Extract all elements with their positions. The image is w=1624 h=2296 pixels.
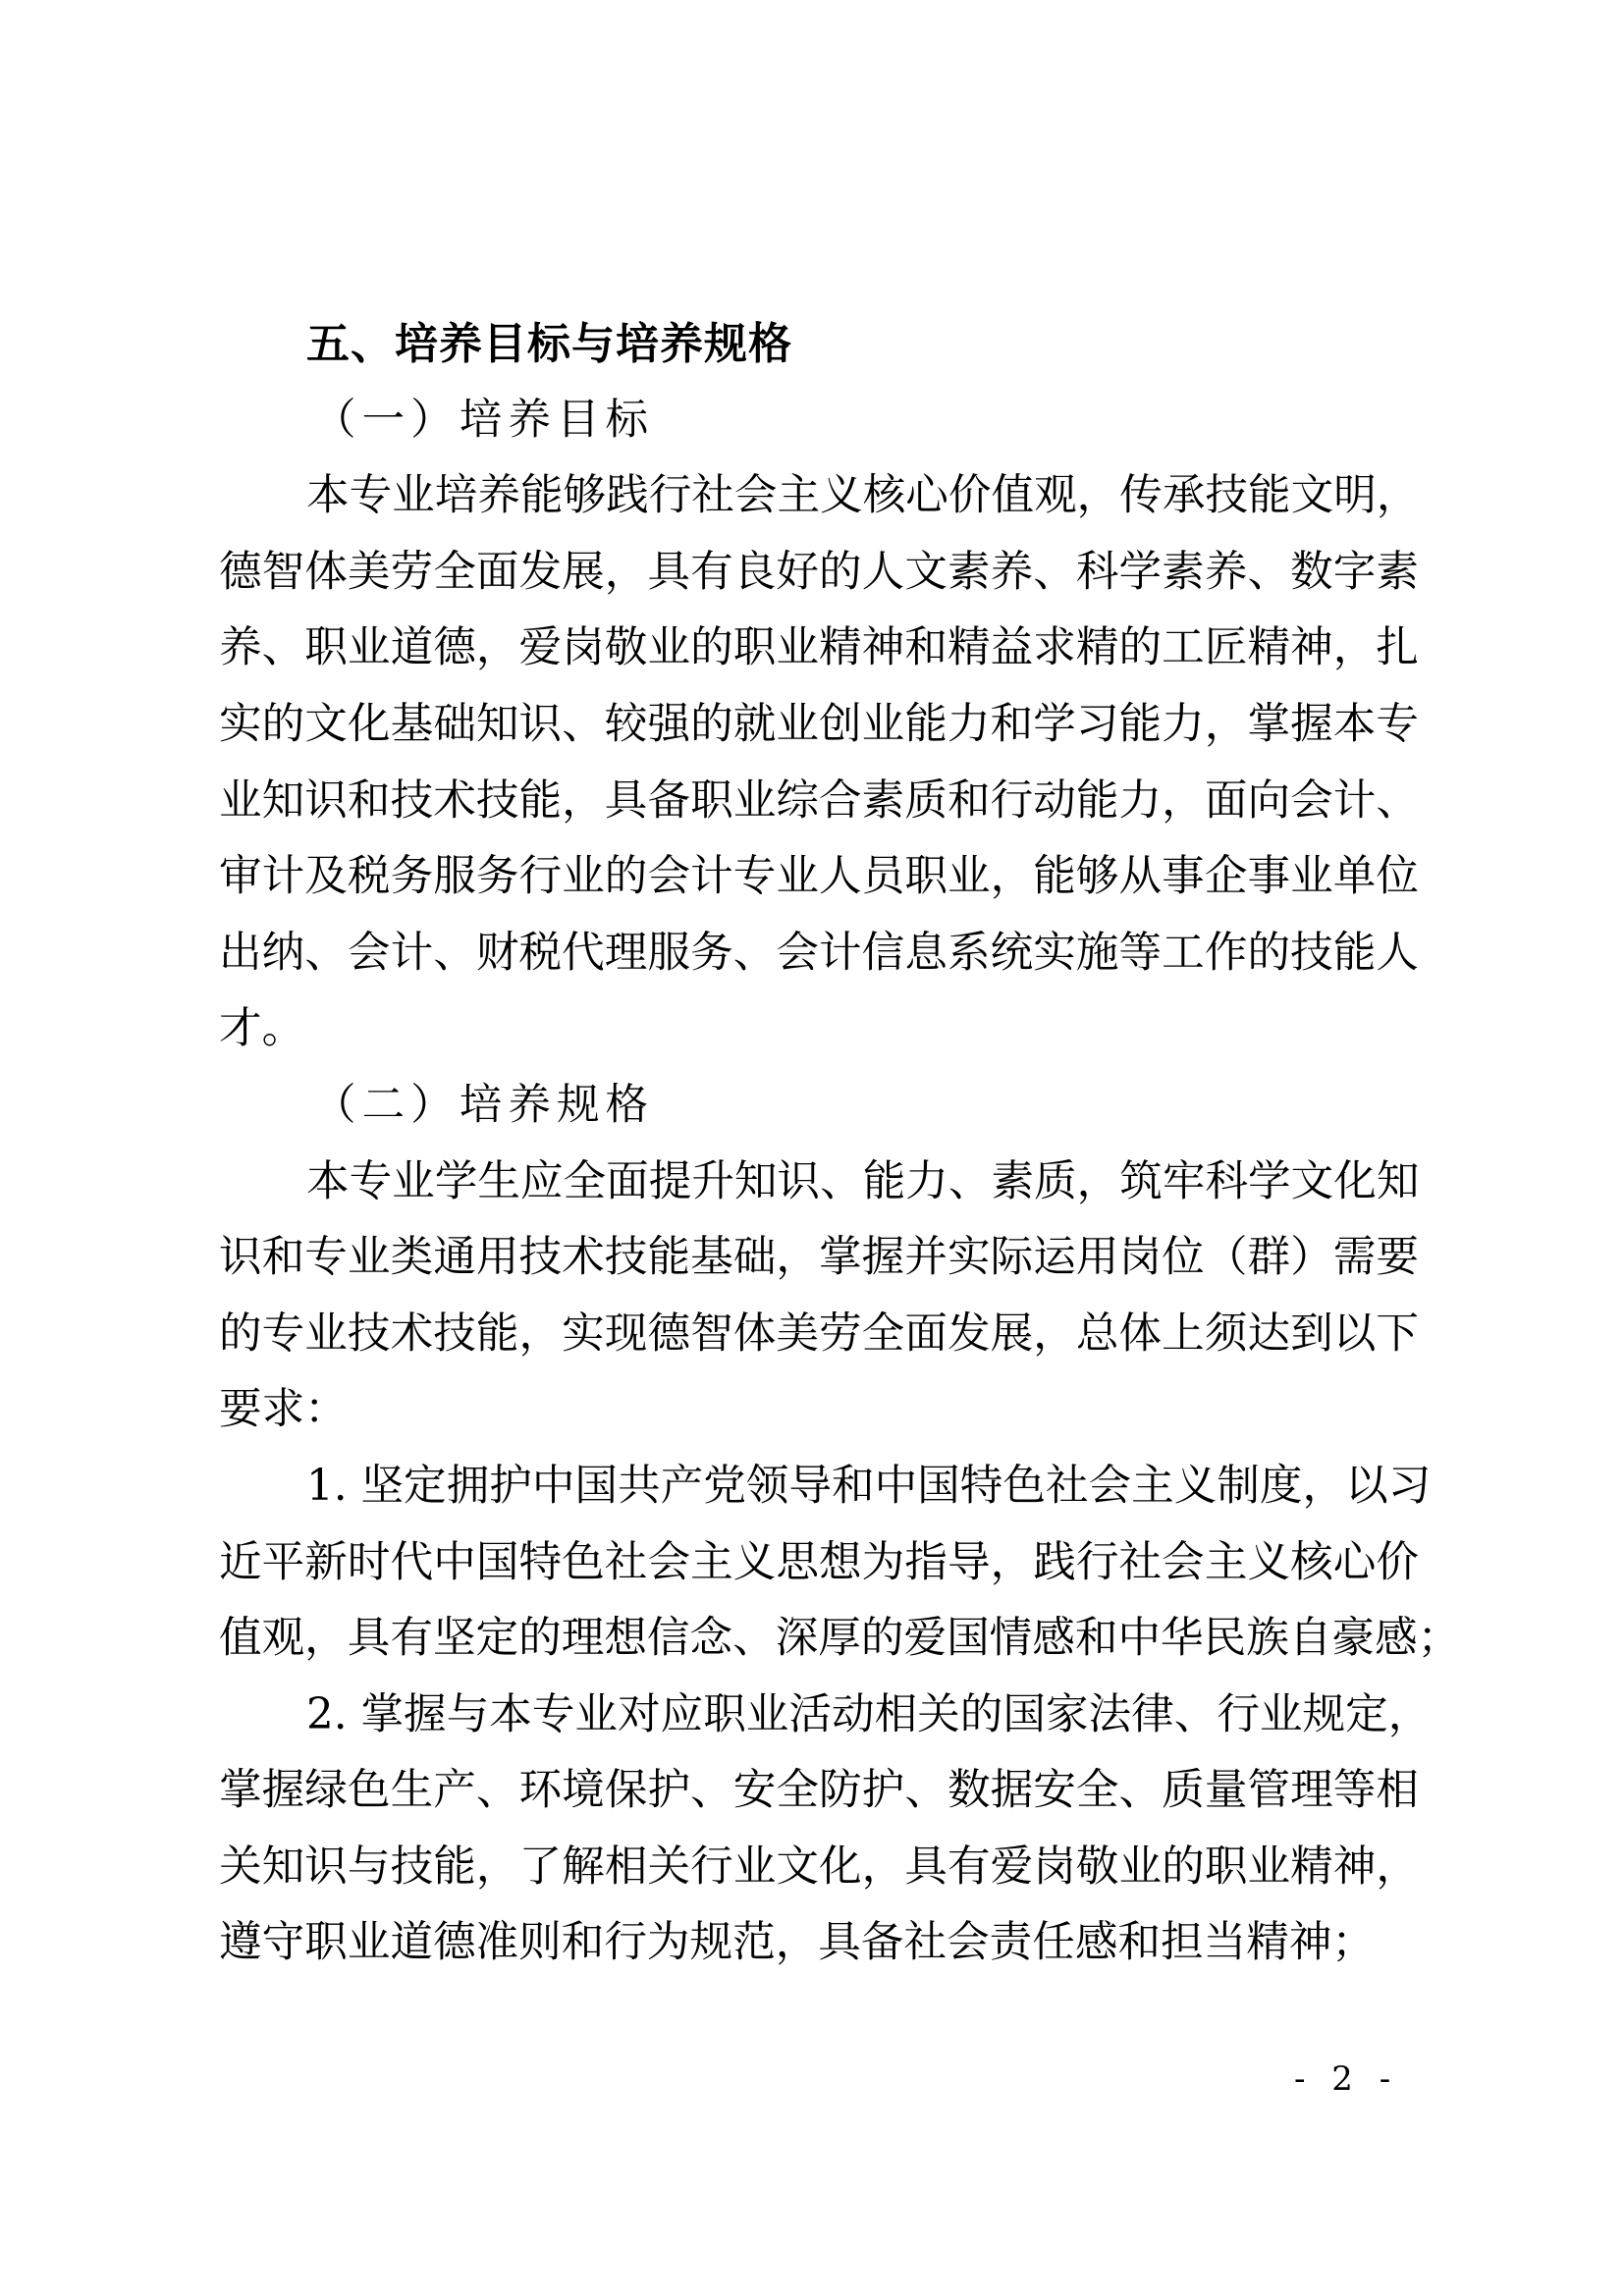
paragraph-line: 审计及税务服务行业的会计专业人员职业，能够从事企事业单位 — [219, 839, 1419, 916]
paragraph-line: 近平新时代中国特色社会主义思想为指导，践行社会主义核心价 — [219, 1525, 1419, 1602]
paragraph-line: 关知识与技能，了解相关行业文化，具有爱岗敬业的职业精神， — [219, 1830, 1419, 1906]
document-page: 五、培养目标与培养规格 （一）培养目标 本专业培养能够践行社会主义核心价值观，传… — [0, 0, 1624, 2296]
objectives-paragraph: 本专业培养能够践行社会主义核心价值观，传承技能文明， 德智体美劳全面发展，具有良… — [219, 458, 1419, 1068]
paragraph-line: 识和专业类通用技术技能基础，掌握并实际运用岗位（群）需要 — [219, 1220, 1419, 1297]
paragraph-line: 德智体美劳全面发展，具有良好的人文素养、科学素养、数字素 — [219, 535, 1419, 612]
section-heading: 五、培养目标与培养规格 — [219, 306, 1419, 383]
requirement-item-2: 2. 掌握与本专业对应职业活动相关的国家法律、行业规定， 掌握绿色生产、环境保护… — [219, 1678, 1419, 1982]
paragraph-line-last: 遵守职业道德准则和行为规范，具备社会责任感和担当精神； — [219, 1905, 1419, 1982]
paragraph-line: 出纳、会计、财税代理服务、会计信息系统实施等工作的技能人 — [219, 916, 1419, 992]
paragraph-line: 养、职业道德，爱岗敬业的职业精神和精益求精的工匠精神，扎 — [219, 611, 1419, 687]
paragraph-line: 业知识和技术技能，具备职业综合素质和行动能力，面向会计、 — [219, 764, 1419, 840]
paragraph-line: 掌握绿色生产、环境保护、安全防护、数据安全、质量管理等相 — [219, 1753, 1419, 1830]
paragraph-line: 实的文化基础知识、较强的就业创业能力和学习能力，掌握本专 — [219, 687, 1419, 764]
paragraph-line: 本专业学生应全面提升知识、能力、素质，筑牢科学文化知 — [219, 1145, 1419, 1221]
paragraph-line: 2. 掌握与本专业对应职业活动相关的国家法律、行业规定， — [219, 1678, 1419, 1754]
paragraph-line: 本专业培养能够践行社会主义核心价值观，传承技能文明， — [219, 458, 1419, 535]
subheading-objectives: （一）培养目标 — [219, 383, 1419, 459]
page-number: - 2 - — [1294, 2059, 1398, 2099]
paragraph-line: 值观，具有坚定的理想信念、深厚的爱国情感和中华民族自豪感； — [219, 1601, 1419, 1678]
requirement-item-1: 1. 坚定拥护中国共产党领导和中国特色社会主义制度，以习 近平新时代中国特色社会… — [219, 1449, 1419, 1678]
specifications-intro-paragraph: 本专业学生应全面提升知识、能力、素质，筑牢科学文化知 识和专业类通用技术技能基础… — [219, 1145, 1419, 1449]
paragraph-line: 1. 坚定拥护中国共产党领导和中国特色社会主义制度，以习 — [219, 1449, 1419, 1525]
paragraph-line-last: 要求： — [219, 1372, 1419, 1449]
subheading-specifications: （二）培养规格 — [219, 1068, 1419, 1145]
paragraph-line-last: 才。 — [219, 991, 1419, 1068]
text-column: 五、培养目标与培养规格 （一）培养目标 本专业培养能够践行社会主义核心价值观，传… — [219, 306, 1419, 1982]
paragraph-line: 的专业技术技能，实现德智体美劳全面发展，总体上须达到以下 — [219, 1297, 1419, 1373]
